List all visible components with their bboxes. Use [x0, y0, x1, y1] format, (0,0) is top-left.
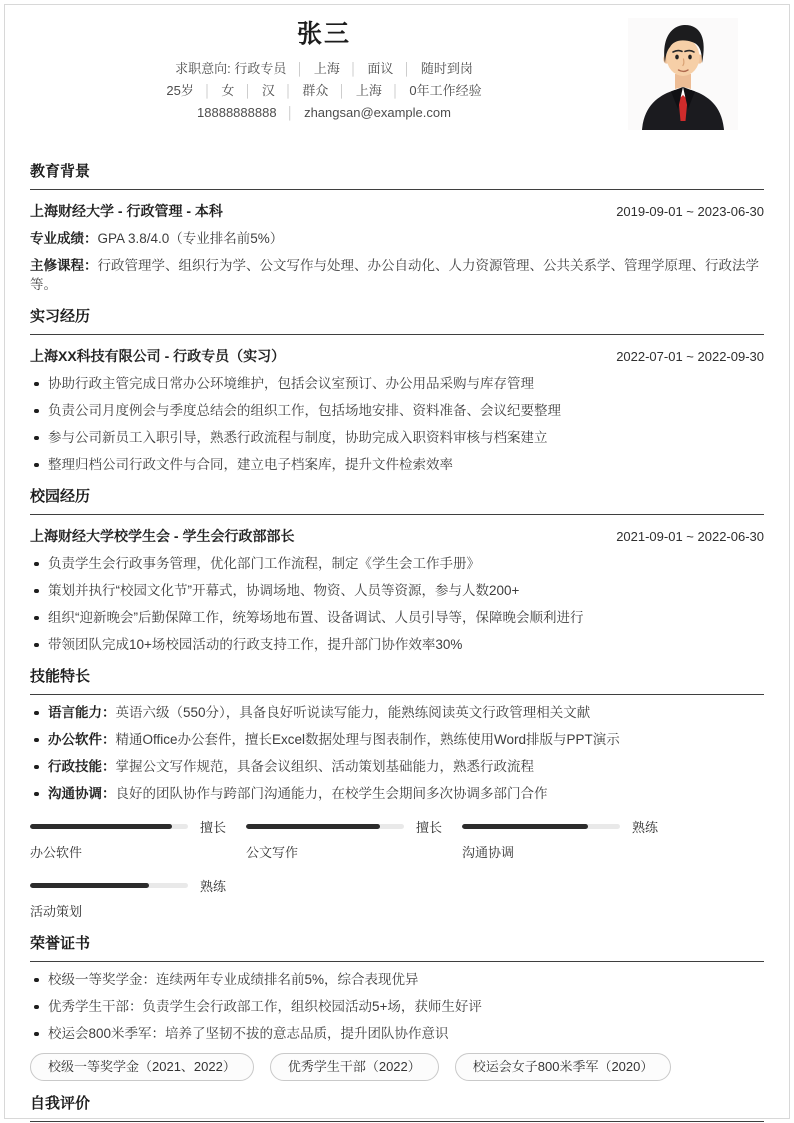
skill-bar-item: 擅长 公文写作 — [246, 817, 446, 862]
courses-line: 主修课程：行政管理学、组织行为学、公文写作与处理、办公自动化、人力资源管理、公共… — [30, 256, 764, 294]
skill-label: 行政技能： — [48, 759, 116, 774]
bullet-dot-icon — [34, 382, 39, 387]
email-address: zhangsan@example.com — [304, 105, 451, 120]
bullet-dot-icon — [34, 1032, 39, 1037]
bullet-dot-icon — [34, 643, 39, 648]
skill-label: 沟通协调： — [48, 786, 116, 801]
info-item: 汉 — [262, 83, 275, 98]
bullet-dot-icon — [34, 738, 39, 743]
skill-item: 沟通协调：良好的团队协作与跨部门沟通能力，在校学生会期间多次协调多部门合作 — [30, 784, 764, 803]
bullet-item: 负责公司月度例会与季度总结会的组织工作，包括场地安排、资料准备、会议纪要整理 — [30, 401, 764, 420]
honor-item: 校运会800米季军：培养了坚韧不拔的意志品质，提升团队协作意识 — [30, 1024, 764, 1043]
skill-bar-name: 沟通协调 — [462, 843, 662, 862]
profile-photo — [628, 18, 738, 130]
honor-item: 校级一等奖学金：连续两年专业成绩排名前5%，综合表现优异 — [30, 970, 764, 989]
skill-bar-fill — [30, 824, 172, 829]
skill-label: 办公软件： — [48, 732, 116, 747]
divider: │ — [338, 84, 346, 98]
skill-bar-item: 熟练 活动策划 — [30, 876, 230, 921]
section-heading: 教育背景 — [30, 162, 764, 190]
award-badge: 优秀学生干部（2022） — [270, 1053, 439, 1081]
bullet-dot-icon — [34, 562, 39, 567]
skill-bar-name: 公文写作 — [246, 843, 446, 862]
section-education: 教育背景 上海财经大学 - 行政管理 - 本科 2019-09-01 ~ 202… — [30, 162, 764, 294]
contact-row: 18888888888│zhangsan@example.com — [30, 102, 618, 124]
header-text: 张三 求职意向: 行政专员│上海│面议│随时到岗 25岁│女│汉│群众│上海│0… — [30, 16, 618, 124]
bullet-item: 整理归档公司行政文件与合同，建立电子档案库，提升文件检索效率 — [30, 455, 764, 474]
skill-bar-track — [462, 824, 620, 829]
bullet-item: 带领团队完成10+场校园活动的行政支持工作，提升部门协作效率30% — [30, 635, 764, 654]
skill-label: 语言能力： — [48, 705, 116, 720]
bullet-dot-icon — [34, 463, 39, 468]
divider: │ — [244, 84, 252, 98]
skill-item: 行政技能：掌握公文写作规范，具备会议组织、活动策划基础能力，熟悉行政流程 — [30, 757, 764, 776]
section-self-evaluation: 自我评价 — [30, 1094, 764, 1122]
divider: │ — [403, 62, 411, 76]
bullet-dot-icon — [34, 589, 39, 594]
organization-title: 上海财经大学校学生会 - 学生会行政部部长 — [30, 527, 294, 546]
skill-bar-item: 熟练 沟通协调 — [462, 817, 662, 862]
personal-info-row: 25岁│女│汉│群众│上海│0年工作经验 — [30, 80, 618, 102]
bullet-item: 策划并执行“校园文化节”开幕式，协调场地、物资、人员等资源，参与人数200+ — [30, 581, 764, 600]
award-badge: 校级一等奖学金（2021、2022） — [30, 1053, 254, 1081]
company-title: 上海XX科技有限公司 - 行政专员（实习） — [30, 347, 285, 366]
campus-date: 2021-09-01 ~ 2022-06-30 — [616, 529, 764, 544]
section-heading: 荣誉证书 — [30, 934, 764, 962]
bullet-dot-icon — [34, 436, 39, 441]
award-badges: 校级一等奖学金（2021、2022） 优秀学生干部（2022） 校运会女子800… — [30, 1053, 764, 1081]
info-item: 上海 — [314, 61, 340, 76]
bullet-item: 协助行政主管完成日常办公环境维护，包括会议室预订、办公用品采购与库存管理 — [30, 374, 764, 393]
job-intent-row: 求职意向: 行政专员│上海│面议│随时到岗 — [30, 58, 618, 80]
skill-item: 办公软件：精通Office办公套件，擅长Excel数据处理与图表制作，熟练使用W… — [30, 730, 764, 749]
bullet-dot-icon — [34, 765, 39, 770]
section-heading: 校园经历 — [30, 487, 764, 515]
resume-header: 张三 求职意向: 行政专员│上海│面议│随时到岗 25岁│女│汉│群众│上海│0… — [30, 16, 764, 132]
skill-level-label: 熟练 — [200, 876, 230, 895]
bullet-dot-icon — [34, 792, 39, 797]
education-date: 2019-09-01 ~ 2023-06-30 — [616, 204, 764, 219]
bullet-dot-icon — [34, 978, 39, 983]
info-item: 群众 — [302, 83, 328, 98]
section-heading: 自我评价 — [30, 1094, 764, 1122]
bullet-dot-icon — [34, 1005, 39, 1010]
internship-date: 2022-07-01 ~ 2022-09-30 — [616, 349, 764, 364]
bullet-dot-icon — [34, 409, 39, 414]
gpa-line: 专业成绩：GPA 3.8/4.0（专业排名前5%） — [30, 229, 764, 248]
info-item: 女 — [221, 83, 234, 98]
bullet-item: 负责学生会行政事务管理，优化部门工作流程，制定《学生会工作手册》 — [30, 554, 764, 573]
skill-level-label: 擅长 — [200, 817, 230, 836]
line-label: 专业成绩： — [30, 231, 98, 246]
skill-level-label: 擅长 — [416, 817, 446, 836]
skill-bars: 擅长 办公软件 擅长 公文写作 熟练 沟通协调 熟练 活动策划 — [30, 817, 764, 921]
divider: │ — [296, 62, 304, 76]
bullet-item: 参与公司新员工入职引导，熟悉行政流程与制度，协助完成入职资料审核与档案建立 — [30, 428, 764, 447]
info-item: 上海 — [356, 83, 382, 98]
resume-page: 张三 求职意向: 行政专员│上海│面议│随时到岗 25岁│女│汉│群众│上海│0… — [0, 0, 794, 1122]
honor-item: 优秀学生干部：负责学生会行政部工作，组织校园活动5+场，获师生好评 — [30, 997, 764, 1016]
bullet-dot-icon — [34, 711, 39, 716]
award-badge: 校运会女子800米季军（2020） — [455, 1053, 672, 1081]
skill-bar-track — [30, 883, 188, 888]
info-item: 随时到岗 — [421, 61, 473, 76]
school-title: 上海财经大学 - 行政管理 - 本科 — [30, 202, 223, 221]
skill-bar-name: 办公软件 — [30, 843, 230, 862]
skill-bar-track — [30, 824, 188, 829]
skill-bar-track — [246, 824, 404, 829]
section-skills: 技能特长 语言能力：英语六级（550分），具备良好听说读写能力，能熟练阅读英文行… — [30, 667, 764, 921]
info-item: 0年工作经验 — [409, 83, 481, 98]
divider: │ — [392, 84, 400, 98]
skill-bar-fill — [462, 824, 588, 829]
divider: │ — [287, 106, 295, 120]
skill-bar-item: 擅长 办公软件 — [30, 817, 230, 862]
divider: │ — [204, 84, 212, 98]
skill-bar-name: 活动策划 — [30, 902, 230, 921]
info-item: 25岁 — [166, 83, 193, 98]
divider: │ — [350, 62, 358, 76]
skill-item: 语言能力：英语六级（550分），具备良好听说读写能力，能熟练阅读英文行政管理相关… — [30, 703, 764, 722]
male-avatar-icon — [628, 18, 738, 130]
bullet-dot-icon — [34, 616, 39, 621]
info-item: 面议 — [367, 61, 393, 76]
skill-level-label: 熟练 — [632, 817, 662, 836]
divider: │ — [285, 84, 293, 98]
section-heading: 实习经历 — [30, 307, 764, 335]
section-internship: 实习经历 上海XX科技有限公司 - 行政专员（实习） 2022-07-01 ~ … — [30, 307, 764, 474]
section-campus: 校园经历 上海财经大学校学生会 - 学生会行政部部长 2021-09-01 ~ … — [30, 487, 764, 654]
bullet-item: 组织“迎新晚会”后勤保障工作，统筹场地布置、设备调试、人员引导等，保障晚会顺利进… — [30, 608, 764, 627]
info-item: 求职意向: 行政专员 — [175, 61, 286, 76]
section-honors: 荣誉证书 校级一等奖学金：连续两年专业成绩排名前5%，综合表现优异 优秀学生干部… — [30, 934, 764, 1081]
candidate-name: 张三 — [30, 16, 618, 52]
line-label: 主修课程： — [30, 258, 98, 273]
skill-bar-fill — [246, 824, 380, 829]
skill-bar-fill — [30, 883, 149, 888]
section-heading: 技能特长 — [30, 667, 764, 695]
phone-number: 18888888888 — [197, 105, 277, 120]
